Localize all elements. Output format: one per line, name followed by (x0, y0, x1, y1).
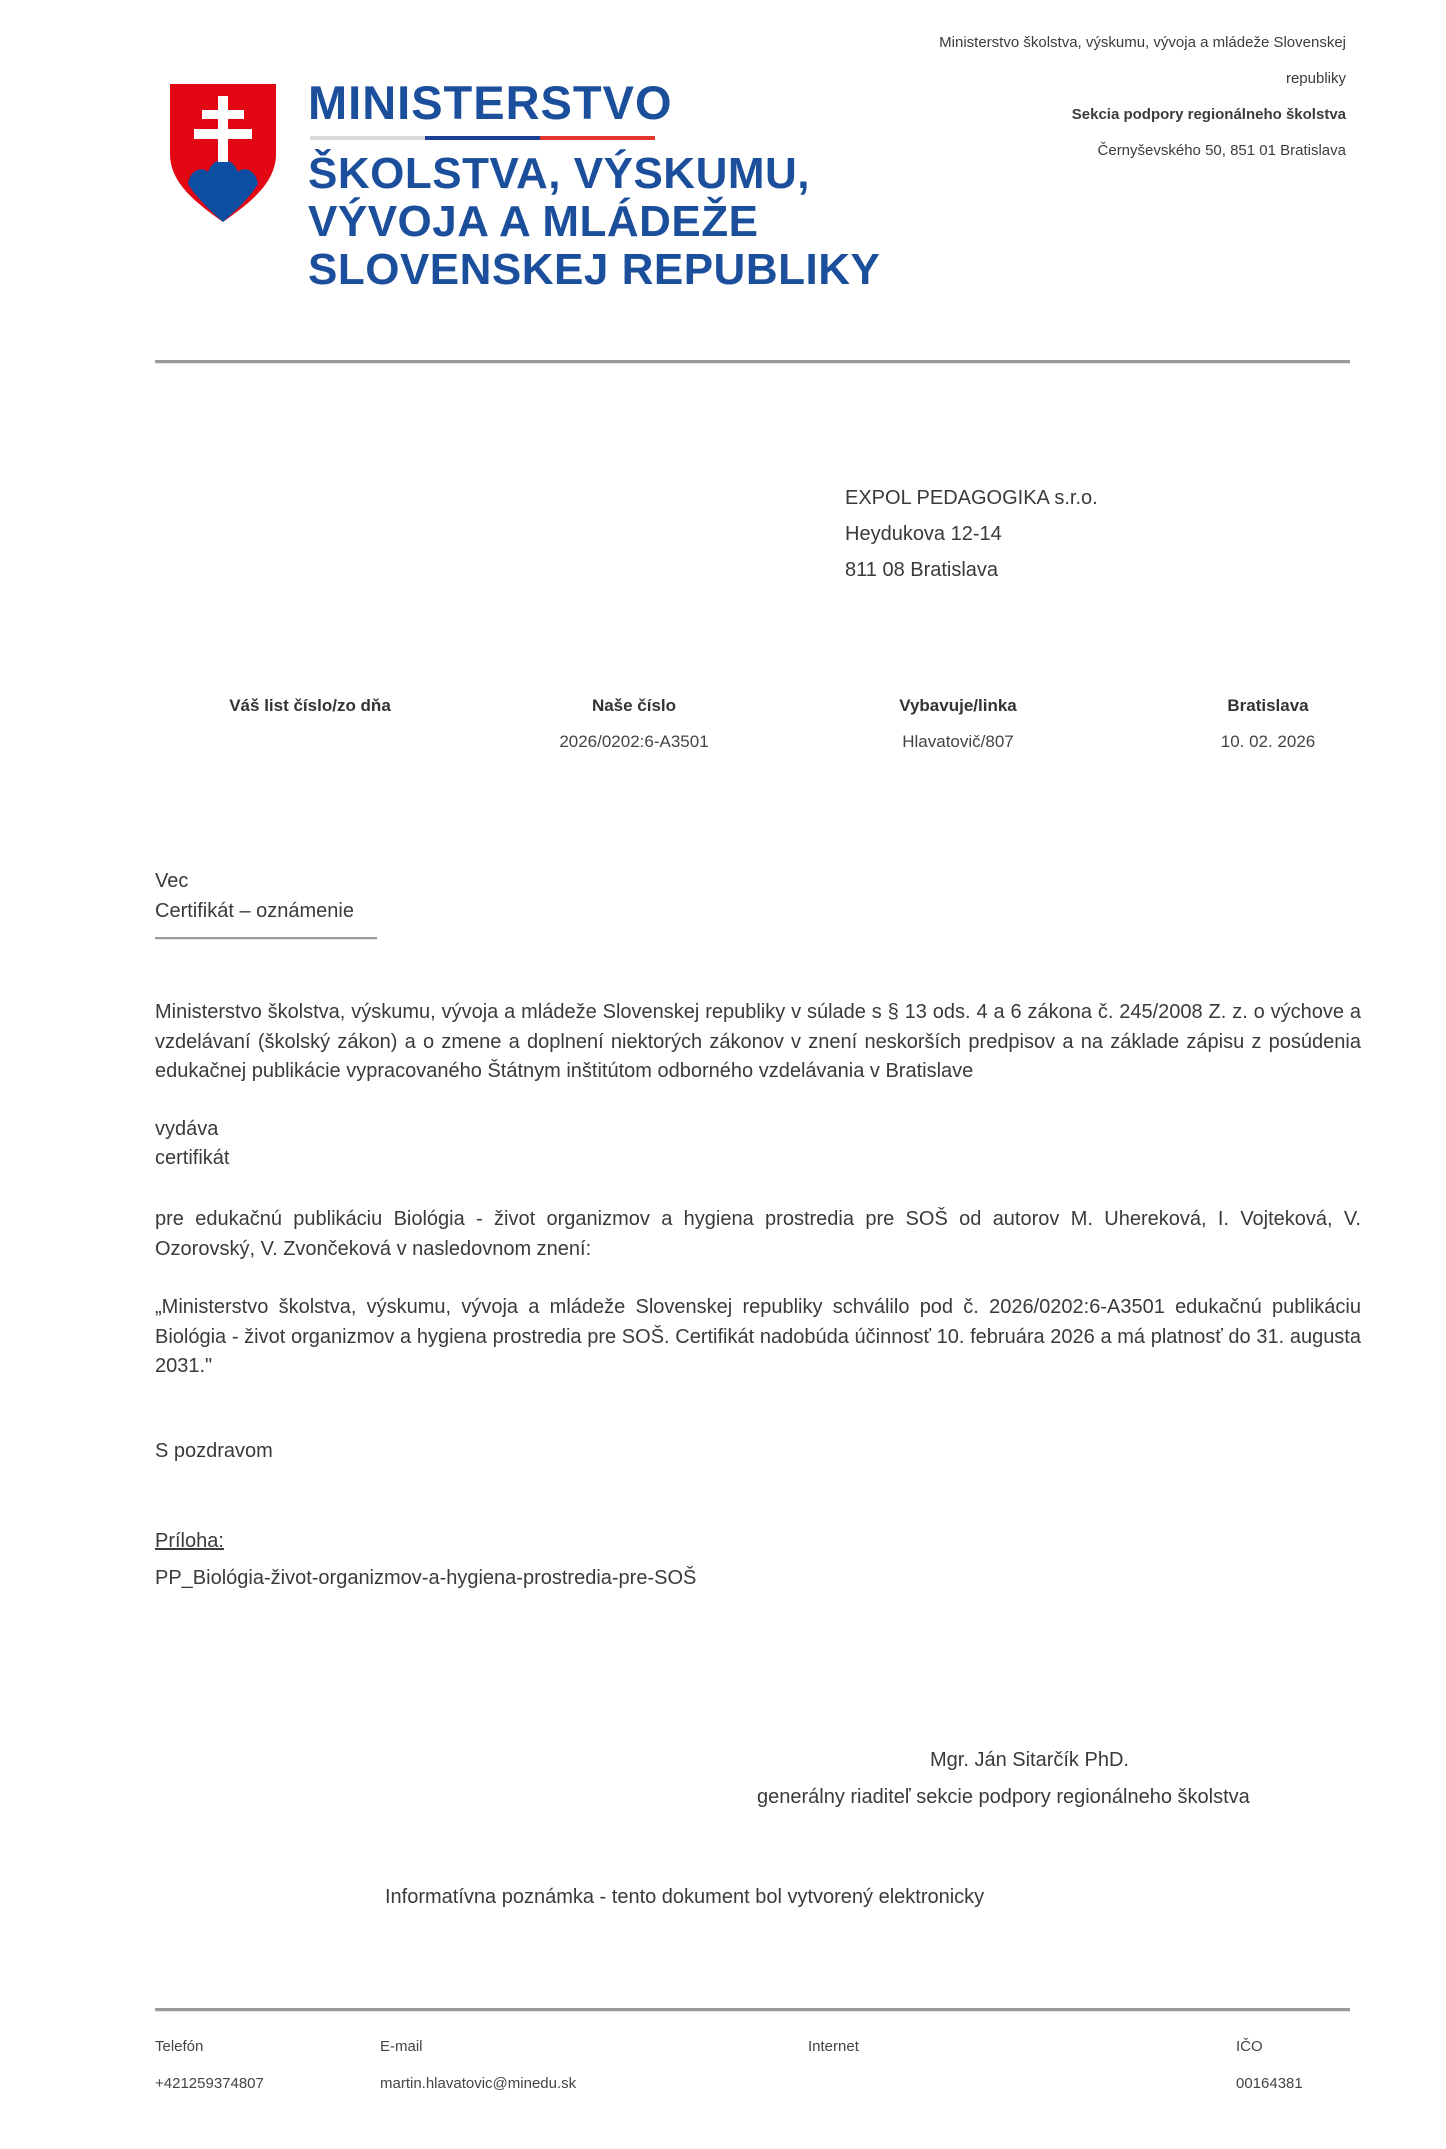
logo-line-2: ŠKOLSTVA, VÝSKUMU, (308, 150, 880, 198)
reference-label: Váš list číslo/zo dňa (160, 696, 460, 716)
footer-email[interactable]: martin.hlavatovic@minedu.sk (380, 2075, 576, 2092)
recipient-street: Heydukova 12-14 (845, 516, 1098, 552)
reference-label: Naše číslo (484, 696, 784, 716)
ministry-logo-text: MINISTERSTVO ŠKOLSTVA, VÝSKUMU, VÝVOJA A… (308, 78, 880, 294)
header-org-line1: Ministerstvo školstva, výskumu, vývoja a… (939, 34, 1346, 51)
reference-value (160, 732, 460, 752)
footer-phone-label: Telefón (155, 2038, 203, 2055)
signature-title: generálny riaditeľ sekcie podpory region… (757, 1786, 1250, 1809)
header-org-line2: republiky (1286, 70, 1346, 87)
attachment-label: Príloha: (155, 1530, 224, 1553)
footer-ico: 00164381 (1236, 2075, 1303, 2092)
header-section: Sekcia podpory regionálneho školstva (1072, 106, 1346, 123)
body-intro: Ministerstvo školstva, výskumu, vývoja a… (155, 998, 1361, 1087)
body-quote: „Ministerstvo školstva, výskumu, vývoja … (155, 1293, 1361, 1382)
reference-our-number: Naše číslo 2026/0202:6-A3501 (484, 696, 784, 752)
footer-ico-label: IČO (1236, 2038, 1263, 2055)
recipient-city: 811 08 Bratislava (845, 552, 1098, 588)
electronic-note: Informatívna poznámka - tento dokument b… (385, 1886, 984, 1909)
reference-label: Vybavuje/linka (808, 696, 1108, 716)
signature-name: Mgr. Ján Sitarčík PhD. (930, 1749, 1129, 1772)
reference-your-letter: Váš list číslo/zo dňa (160, 696, 460, 752)
subject-text: Certifikát – oznámenie (155, 900, 354, 923)
recipient-name: EXPOL PEDAGOGIKA s.r.o. (845, 480, 1098, 516)
logo-tricolor-rule (310, 136, 655, 140)
header-divider (155, 360, 1350, 364)
reference-value: Hlavatovič/807 (808, 732, 1108, 752)
footer-internet-label: Internet (808, 2038, 859, 2055)
header-address: Černyševského 50, 851 01 Bratislava (1098, 142, 1346, 159)
body-publication: pre edukačnú publikáciu Biológia - život… (155, 1205, 1361, 1264)
body-greeting: S pozdravom (155, 1440, 273, 1463)
reference-value: 2026/0202:6-A3501 (484, 732, 784, 752)
reference-label: Bratislava (1118, 696, 1418, 716)
subject-underline (155, 937, 377, 940)
logo-line-4: SLOVENSKEJ REPUBLIKY (308, 246, 880, 294)
footer-email-label: E-mail (380, 2038, 423, 2055)
body-issues: vydáva (155, 1118, 218, 1141)
footer-phone: +421259374807 (155, 2075, 264, 2092)
body-certificate: certifikát (155, 1147, 229, 1170)
logo-line-3: VÝVOJA A MLÁDEŽE (308, 198, 880, 246)
reference-value: 10. 02. 2026 (1118, 732, 1418, 752)
subject-label: Vec (155, 870, 188, 893)
footer-divider (155, 2008, 1350, 2012)
coat-of-arms-icon (168, 84, 278, 222)
logo-line-1: MINISTERSTVO (308, 78, 880, 128)
reference-handled-by: Vybavuje/linka Hlavatovič/807 (808, 696, 1108, 752)
recipient-address: EXPOL PEDAGOGIKA s.r.o. Heydukova 12-14 … (845, 480, 1098, 588)
attachment-file[interactable]: PP_Biológia-život-organizmov-a-hygiena-p… (155, 1567, 696, 1590)
reference-place-date: Bratislava 10. 02. 2026 (1118, 696, 1418, 752)
